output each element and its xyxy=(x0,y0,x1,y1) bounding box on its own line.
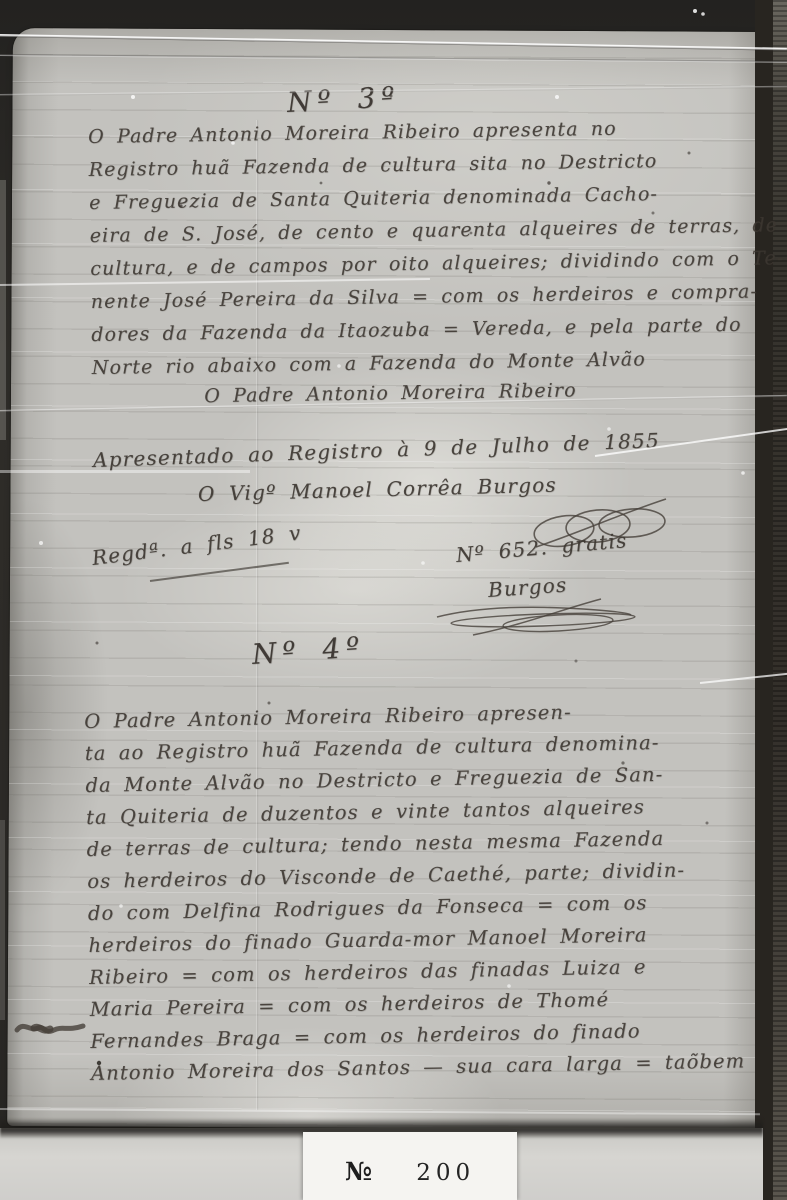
label-number: 200 xyxy=(416,1160,475,1186)
left-book-edge-highlight xyxy=(0,820,5,1020)
scanned-manuscript-screenshot: Nº 3º O Padre Antonio Moreira Ribeiro ap… xyxy=(0,0,787,1200)
left-book-edge-highlight xyxy=(0,180,6,440)
numero-sign: № xyxy=(345,1157,372,1186)
dust-specks xyxy=(0,0,2,2)
printed-number-label: № 200 xyxy=(303,1132,517,1200)
ink-blot-mark xyxy=(14,1016,86,1048)
entry-3-heading: Nº 3º xyxy=(286,80,401,119)
entry-3-body: O Padre Antonio Moreira Ribeiro apresent… xyxy=(88,115,787,420)
entry-4-body: O Padre Antonio Moreira Ribeiro apresen-… xyxy=(84,697,746,1093)
signature-flourish xyxy=(433,597,638,639)
ink-specks xyxy=(0,0,2,2)
